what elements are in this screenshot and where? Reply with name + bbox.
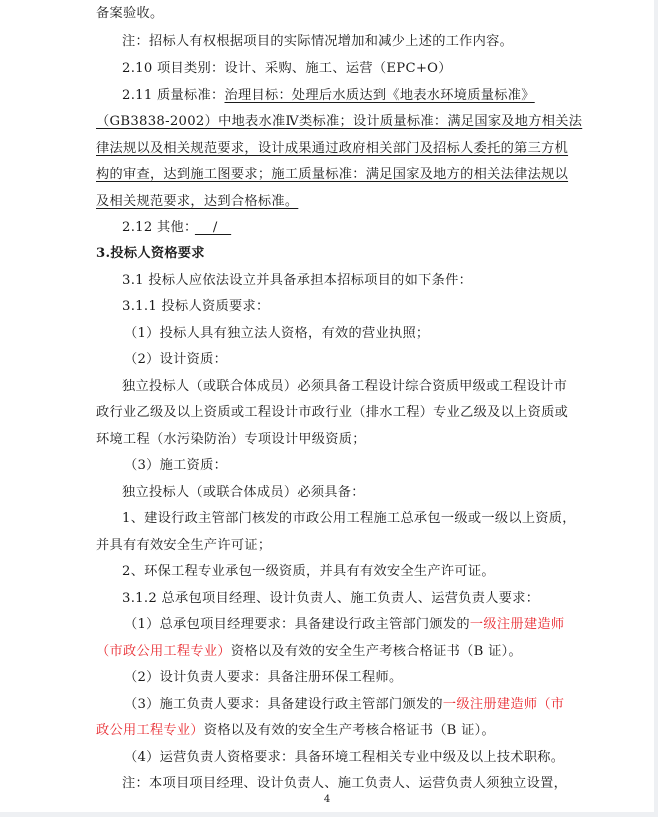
quality-standard-line: 律法规以及相关规范要求，设计成果通过政府相关部门及招标人委托的第三方机 <box>96 140 552 158</box>
paragraph-line: 备案验收。 <box>96 5 163 23</box>
document-page: 备案验收。 注：招标人有权根据项目的实际情况增加和减少上述的工作内容。 2.10… <box>0 0 654 812</box>
paragraph-line: 政行业乙级及以上资质或工程设计市政行业（排水工程）专业乙级及以上资质或 <box>96 404 552 422</box>
section-3-1-1: 3.1.1 投标人资质要求： <box>122 298 269 316</box>
quality-standard-line: 构的审查，达到施工图要求；施工质量标准：满足国家及地方的相关法律法规以 <box>96 166 552 184</box>
paragraph-line: 独立投标人（或联合体成员）必须具备工程设计综合资质甲级或工程设计市 <box>122 378 552 396</box>
section-2-12-label: 2.12 其他： <box>122 220 191 235</box>
section-2-11-label: 2.11 质量标准： <box>122 88 225 103</box>
paragraph-line: 1、建设行政主管部门核发的市政公用工程施工总承包一级或一级以上资质， <box>122 510 576 528</box>
paragraph-line: 政公用工程专业）资格以及有效的安全生产考核合格证书（B 证）。 <box>96 722 495 740</box>
paragraph-line: 并具有有效安全生产许可证； <box>96 537 271 555</box>
highlight-text: （市政公用工程专业） <box>96 644 231 659</box>
highlight-text: 一级注册建造师（市 <box>443 697 564 712</box>
paragraph-text: 资格以及有效的安全生产考核合格证书（B 证）。 <box>204 723 495 738</box>
quality-standard-line: （GB3838-2002）中地表水准Ⅳ类标准；设计质量标准：满足国家及地方相关法 <box>96 113 552 131</box>
paragraph-line: 独立投标人（或联合体成员）必须具备： <box>122 484 365 502</box>
note-line: 注：本项目项目经理、设计负责人、施工负责人、运营负责人须独立设置， <box>122 775 567 793</box>
page-number: 4 <box>0 794 654 805</box>
list-item: （3）施工资质： <box>124 457 227 475</box>
section-2-12: 2.12 其他： / <box>122 219 235 237</box>
section-2-11: 2.11 质量标准：治理目标：处理后水质达到《地表水环境质量标准》 <box>122 87 535 105</box>
paragraph-line: 环境工程（水污染防治）专项设计甲级资质； <box>96 431 366 449</box>
section-heading-3: 3.投标人资格要求 <box>96 245 205 263</box>
section-2-10: 2.10 项目类别：设计、采购、施工、运营（EPC+O） <box>122 60 452 78</box>
list-item-text: （3）施工负责人要求：具备建设行政主管部门颁发的 <box>124 697 443 712</box>
list-item: （4）运营负责人资格要求：具备环境工程相关专业中级及以上技术职称。 <box>124 749 564 767</box>
highlight-text: 政公用工程专业） <box>96 723 204 738</box>
paragraph-text: 资格以及有效的安全生产考核合格证书（B 证）。 <box>231 644 522 659</box>
list-item: （2）设计负责人要求：具备注册环保工程师。 <box>124 669 402 687</box>
list-item: （3）施工负责人要求：具备建设行政主管部门颁发的一级注册建造师（市 <box>124 696 564 714</box>
other-value: / <box>191 220 235 235</box>
list-item: （2）设计资质： <box>124 351 227 369</box>
highlight-text: 一级注册建造师 <box>470 617 564 632</box>
list-item: （1）总承包项目经理要求：具备建设行政主管部门颁发的一级注册建造师 <box>124 616 564 634</box>
quality-standard-line: 及相关规范要求，达到合格标准。 <box>96 193 298 211</box>
paragraph-line: 2、环保工程专业承包一级资质，并具有有效安全生产许可证。 <box>122 563 495 581</box>
section-3-1: 3.1 投标人应依法设立并具备承担本招标项目的如下条件： <box>122 272 472 290</box>
quality-standard-text: 治理目标：处理后水质达到《地表水环境质量标准》 <box>225 88 535 103</box>
section-3-1-2: 3.1.2 总承包项目经理、设计负责人、施工负责人、运营负责人要求： <box>122 590 539 608</box>
note-line: 注：招标人有权根据项目的实际情况增加和减少上述的工作内容。 <box>122 33 513 51</box>
list-item: （1）投标人具有独立法人资格，有效的营业执照； <box>124 325 429 343</box>
paragraph-line: （市政公用工程专业）资格以及有效的安全生产考核合格证书（B 证）。 <box>96 643 522 661</box>
list-item-text: （1）总承包项目经理要求：具备建设行政主管部门颁发的 <box>124 617 470 632</box>
